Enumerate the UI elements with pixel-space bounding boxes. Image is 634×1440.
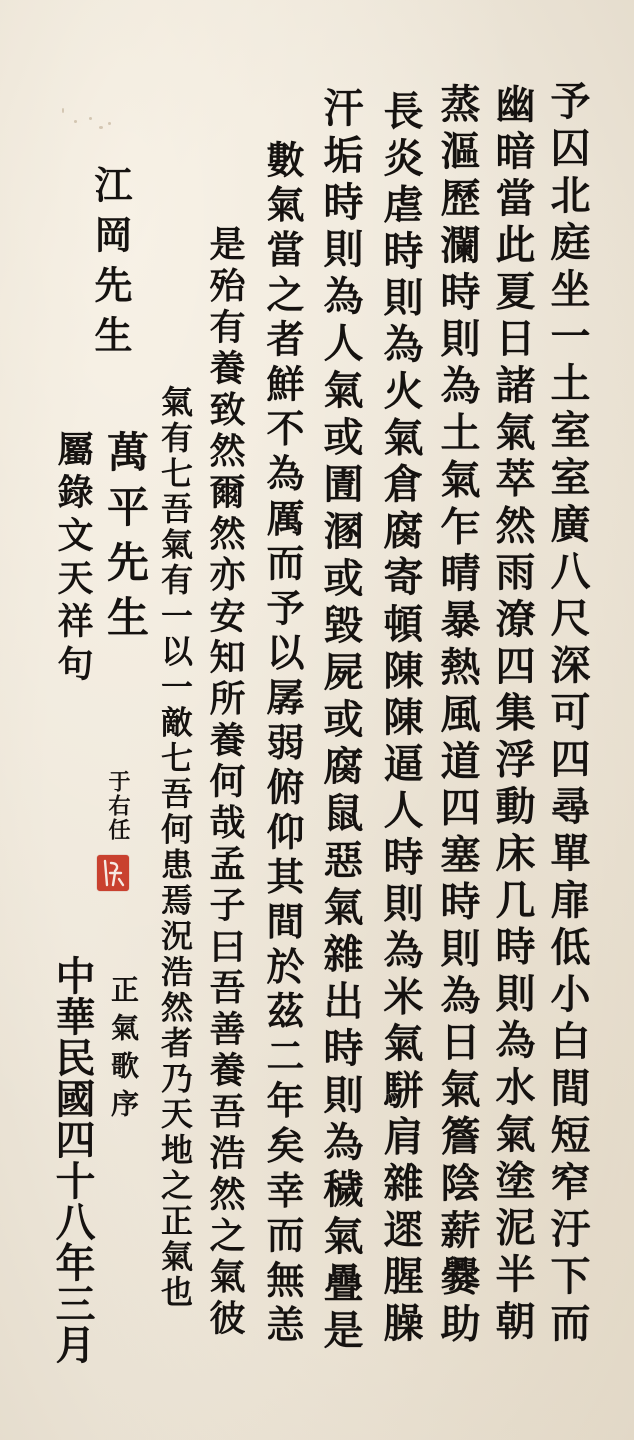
seal-glyph-icon — [97, 855, 129, 891]
recipient-1: 江岡先生 — [91, 165, 129, 365]
text-column-4: 長炎虐時則為火氣倉腐寄頓陳陳逼人時則為米氣駢肩雜遝腥臊 — [380, 90, 420, 1348]
date-inscription: 中華民國四十八年三月 — [52, 955, 92, 1365]
text-column-2: 幽暗當此夏日諸氣萃然雨潦四集浮動床几時則為水氣塗泥半朝 — [492, 83, 532, 1347]
text-column-6: 數氣當之者鮮不為厲而予以孱弱俯仰其間於茲二年矣幸而無恙 — [263, 140, 301, 1350]
text-column-3: 蒸漚歷瀾時則為土氣乍晴暴熱風道四塞時則為日氣簷陰薪爨助 — [437, 83, 477, 1349]
seal-stamp — [97, 855, 129, 891]
text-column-5: 汗垢時則為人氣或圊溷或毀屍或腐鼠惡氣雜出時則為穢氣疊是 — [320, 87, 360, 1356]
paper-spot — [108, 122, 111, 125]
text-column-7: 是殆有養致然爾然亦安知所養何哉孟子曰吾善養吾浩然之氣彼 — [207, 225, 243, 1340]
paper-spot — [99, 126, 103, 129]
recipient-2: 萬平先生 — [104, 430, 146, 650]
paper-spot — [62, 108, 64, 113]
source-title: 正氣歌序 — [109, 975, 137, 1127]
paper-spot — [89, 117, 92, 120]
text-column-1: 予囚北庭坐一土室室廣八尺深可四尋單扉低小白間短窄汙下而 — [547, 80, 587, 1349]
paper-spot — [74, 120, 77, 123]
text-column-8: 氣有七吾氣有一以一敵七吾何患焉況浩然者乃天地之正氣也 — [159, 385, 191, 1311]
calligraphy-scroll: 予囚北庭坐一土室室廣八尺深可四尋單扉低小白間短窄汙下而 幽暗當此夏日諸氣萃然雨潦… — [0, 0, 634, 1440]
dedication-note: 屬錄文天祥句 — [55, 430, 91, 688]
signature: 于右任 — [107, 770, 129, 842]
